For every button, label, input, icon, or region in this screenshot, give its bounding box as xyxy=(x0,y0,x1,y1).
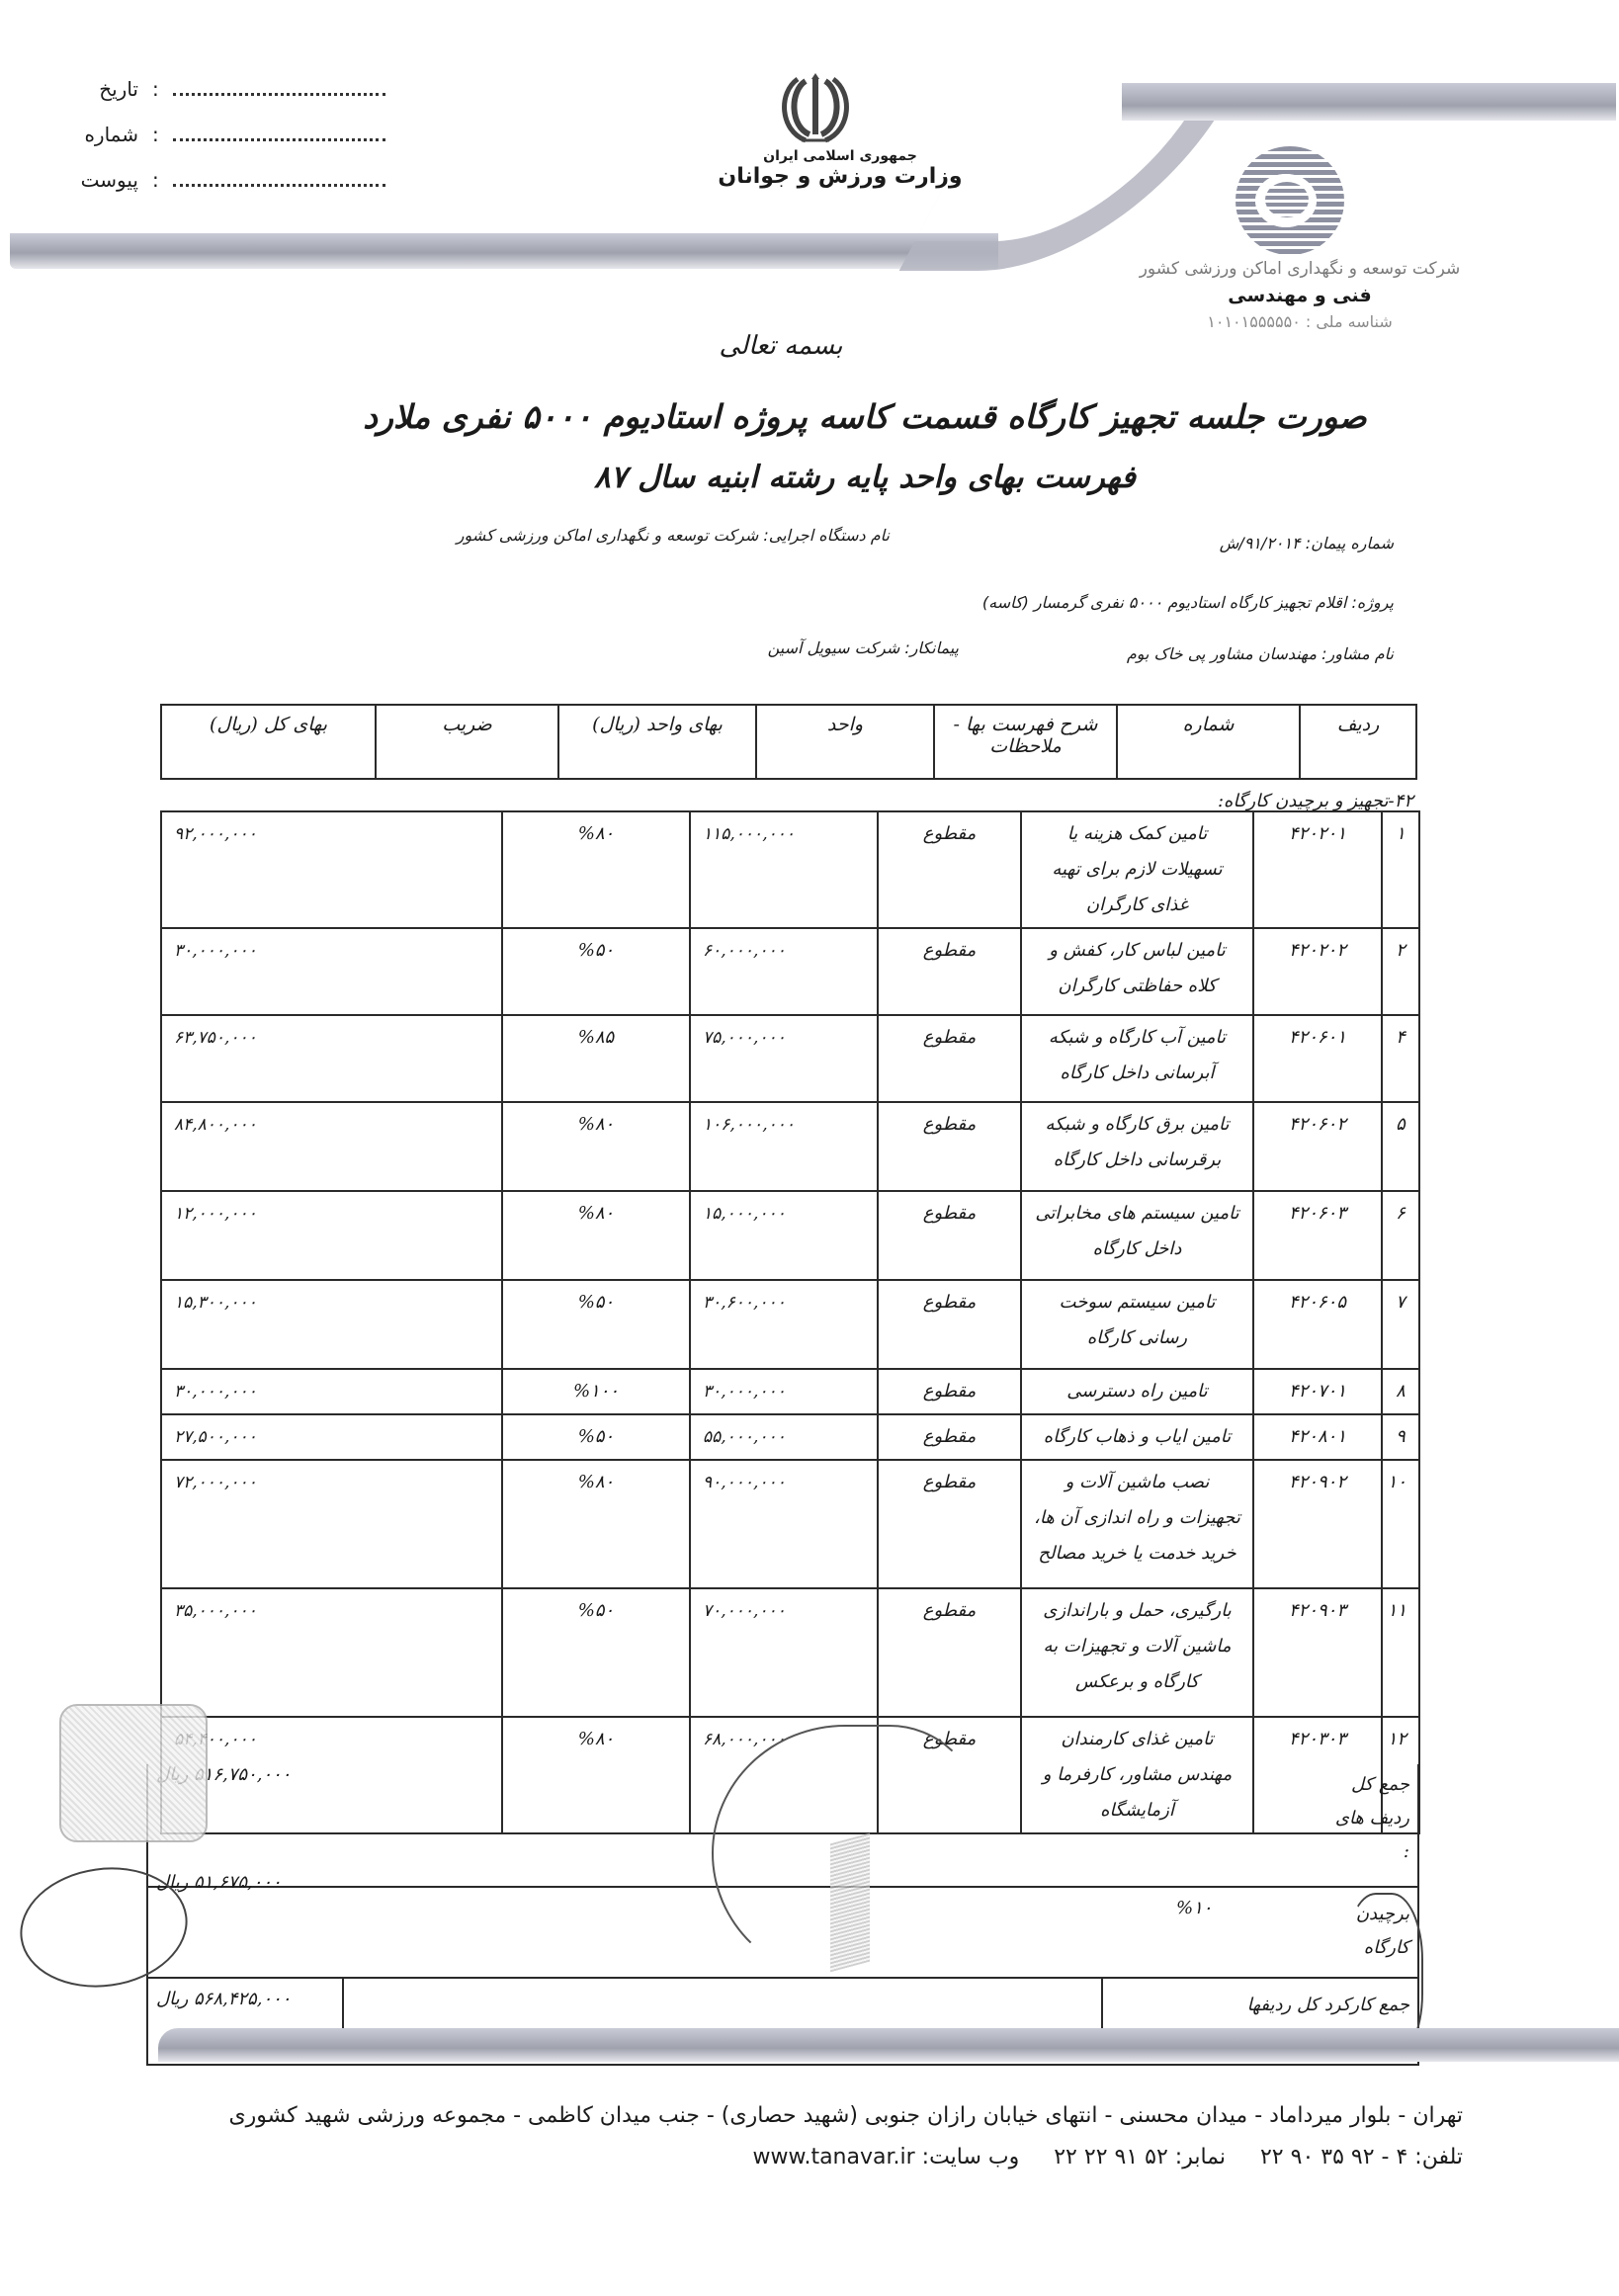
table-row: ۹۴۲۰۸۰۱تامین ایاب و ذهاب کارگاهمقطوع۵۵,۰… xyxy=(161,1414,1419,1460)
item-code: ۴۲۰۶۰۵ xyxy=(1253,1280,1382,1369)
item-code: ۴۲۰۶۰۳ xyxy=(1253,1191,1382,1280)
item-description: تامین لباس کار، کفش و کلاه حفاظتی کارگرا… xyxy=(1021,928,1253,1015)
item-description: تامین برق کارگاه و شبکه برقرسانی داخل کا… xyxy=(1021,1102,1253,1191)
iran-emblem-icon xyxy=(776,69,855,148)
footer-contact: تلفن: ۴ - ۹۲ ۳۵ ۹۰ ۲۲ نمابر: ۵۲ ۹۱ ۲۲ ۲۲… xyxy=(435,2145,1463,2169)
item-description: تامین ایاب و ذهاب کارگاه xyxy=(1021,1414,1253,1460)
row-number: ۱۰ xyxy=(1382,1460,1419,1588)
item-unit-price: ۱۰۶,۰۰۰,۰۰۰ xyxy=(690,1102,878,1191)
company-department: فنی و مهندسی xyxy=(1127,285,1473,306)
item-unit-price: ۹۰,۰۰۰,۰۰۰ xyxy=(690,1460,878,1588)
item-coefficient: %۸۰ xyxy=(502,1102,690,1191)
item-description: تامین سیستم های مخابراتی داخل کارگاه xyxy=(1021,1191,1253,1280)
item-coefficient: %۸۰ xyxy=(502,811,690,928)
signature-center xyxy=(712,1725,979,1982)
item-code: ۴۲۰۸۰۱ xyxy=(1253,1414,1382,1460)
row-number: ۲ xyxy=(1382,928,1419,1015)
item-total: ۳۵,۰۰۰,۰۰۰ xyxy=(161,1588,502,1717)
meta-attachment: پیوست : xyxy=(69,162,385,198)
row-number: ۱۱ xyxy=(1382,1588,1419,1717)
footer-address: تهران - بلوار میرداماد - میدان محسنی - ا… xyxy=(148,2103,1463,2128)
item-description: نصب ماشین آلات و تجهیزات و راه اندازی آن… xyxy=(1021,1460,1253,1588)
item-description: تامین راه دسترسی xyxy=(1021,1369,1253,1414)
header-description: شرح فهرست بها - ملاحظات xyxy=(934,705,1117,779)
table-row: ۸۴۲۰۷۰۱تامین راه دسترسیمقطوع۳۰,۰۰۰,۰۰۰%۱… xyxy=(161,1369,1419,1414)
item-coefficient: %۵۰ xyxy=(502,1280,690,1369)
row-number: ۷ xyxy=(1382,1280,1419,1369)
table-row: ۲۴۲۰۲۰۲تامین لباس کار، کفش و کلاه حفاظتی… xyxy=(161,928,1419,1015)
table-row: ۱۰۴۲۰۹۰۲نصب ماشین آلات و تجهیزات و راه ا… xyxy=(161,1460,1419,1588)
row-number: ۴ xyxy=(1382,1015,1419,1102)
project-name: پروژه: اقلام تجهیز کارگاه استادیوم ۵۰۰۰ … xyxy=(982,593,1394,612)
item-total: ۸۴,۸۰۰,۰۰۰ xyxy=(161,1102,502,1191)
meta-attachment-value xyxy=(173,173,385,187)
item-total: ۱۵,۳۰۰,۰۰۰ xyxy=(161,1280,502,1369)
table-row: ۵۴۲۰۶۰۲تامین برق کارگاه و شبکه برقرسانی … xyxy=(161,1102,1419,1191)
table-row: ۱۴۲۰۲۰۱تامین کمک هزینه یا تسهیلات لازم ب… xyxy=(161,811,1419,928)
item-unit: مقطوع xyxy=(878,1015,1021,1102)
document-subtitle: فهرست بهای واحد پایه رشته ابنیه سال ۸۷ xyxy=(297,460,1433,495)
item-unit: مقطوع xyxy=(878,1191,1021,1280)
header-unit: واحد xyxy=(756,705,934,779)
meta-date: تاریخ : xyxy=(69,71,385,107)
company-name: شرکت توسعه و نگهداری اماکن ورزشی کشور xyxy=(1127,259,1473,279)
row-number: ۶ xyxy=(1382,1191,1419,1280)
item-coefficient: %۵۰ xyxy=(502,1588,690,1717)
header-total-price: بهای کل (ریال) xyxy=(161,705,376,779)
meta-date-value xyxy=(173,82,385,96)
dismantle-percent: %۱۰ xyxy=(1176,1898,1212,1918)
contractor-name: پیمانکار: شرکت سیویل آسین xyxy=(768,638,959,657)
item-description: تامین کمک هزینه یا تسهیلات لازم برای تهی… xyxy=(1021,811,1253,928)
item-coefficient: %۵۰ xyxy=(502,928,690,1015)
items-table: ۱۴۲۰۲۰۱تامین کمک هزینه یا تسهیلات لازم ب… xyxy=(160,810,1420,1834)
item-code: ۴۲۰۹۰۳ xyxy=(1253,1588,1382,1717)
item-unit: مقطوع xyxy=(878,1414,1021,1460)
item-unit-price: ۷۵,۰۰۰,۰۰۰ xyxy=(690,1015,878,1102)
section-label: ۴۲-تجهیز و برچیدن کارگاه: xyxy=(1218,791,1413,811)
item-code: ۴۲۰۶۰۱ xyxy=(1253,1015,1382,1102)
ministry-line2: وزارت ورزش و جوانان xyxy=(692,164,988,189)
grand-total-value: ۵۶۸,۴۲۵,۰۰۰ ریال xyxy=(156,1989,291,2009)
total-rows-sum-label: جمع کل ردیف های : xyxy=(1330,1768,1409,1869)
ministry-name: جمهوری اسلامی ایران وزارت ورزش و جوانان xyxy=(692,148,988,189)
grand-total-row: جمع کارکرد کل ردیفها ۵۶۸,۴۲۵,۰۰۰ ریال xyxy=(148,1979,1417,2030)
item-unit: مقطوع xyxy=(878,928,1021,1015)
item-code: ۴۲۰۷۰۱ xyxy=(1253,1369,1382,1414)
colon: : xyxy=(152,168,159,192)
executive-body: نام دستگاه اجرایی: شرکت توسعه و نگهداری … xyxy=(457,526,890,545)
table-row: ۴۴۲۰۶۰۱تامین آب کارگاه و شبکه آبرسانی دا… xyxy=(161,1015,1419,1102)
item-unit-price: ۶۰,۰۰۰,۰۰۰ xyxy=(690,928,878,1015)
header-band-left xyxy=(10,233,998,269)
consultant-name: نام مشاور: مهندسان مشاور پی خاک بوم xyxy=(1127,644,1394,663)
item-coefficient: %۸۰ xyxy=(502,1191,690,1280)
company-logo-icon xyxy=(1236,146,1344,255)
row-number: ۵ xyxy=(1382,1102,1419,1191)
item-unit-price: ۷۰,۰۰۰,۰۰۰ xyxy=(690,1588,878,1717)
item-code: ۴۲۰۲۰۱ xyxy=(1253,811,1382,928)
dismantle-value: ۵۱,۶۷۵,۰۰۰ ریال xyxy=(156,1872,282,1893)
company-stamp xyxy=(59,1704,208,1842)
bismillah: بسمه تعالی xyxy=(633,331,929,361)
company-national-id: شناسه ملی : ۱۰۱۰۱۵۵۵۵۵۰ xyxy=(1127,312,1473,331)
item-unit: مقطوع xyxy=(878,811,1021,928)
item-code: ۴۲۰۹۰۲ xyxy=(1253,1460,1382,1588)
item-unit-price: ۱۵,۰۰۰,۰۰۰ xyxy=(690,1191,878,1280)
item-description: تامین سیستم سوخت رسانی کارگاه xyxy=(1021,1280,1253,1369)
item-description: بارگیری، حمل و باراندازی ماشین آلات و تج… xyxy=(1021,1588,1253,1717)
item-coefficient: %۸۵ xyxy=(502,1015,690,1102)
meta-number-value xyxy=(173,128,385,141)
header-row: ردیف xyxy=(1300,705,1416,779)
item-total: ۹۲,۰۰۰,۰۰۰ xyxy=(161,811,502,928)
header-code: شماره xyxy=(1117,705,1300,779)
header-coefficient: ضریب xyxy=(376,705,558,779)
document-title: صورت جلسه تجهیز کارگاه قسمت کاسه پروژه ا… xyxy=(297,397,1433,436)
item-coefficient: %۱۰۰ xyxy=(502,1369,690,1414)
item-unit-price: ۳۰,۰۰۰,۰۰۰ xyxy=(690,1369,878,1414)
item-description: تامین آب کارگاه و شبکه آبرسانی داخل کارگ… xyxy=(1021,1015,1253,1102)
row-number: ۱ xyxy=(1382,811,1419,928)
meta-attachment-label: پیوست xyxy=(69,168,138,192)
footer-phone: تلفن: ۴ - ۹۲ ۳۵ ۹۰ ۲۲ xyxy=(1260,2145,1463,2169)
item-unit: مقطوع xyxy=(878,1460,1021,1588)
meta-date-label: تاریخ xyxy=(69,77,138,101)
colon: : xyxy=(152,123,159,146)
table-row: ۷۴۲۰۶۰۵تامین سیستم سوخت رسانی کارگاهمقطو… xyxy=(161,1280,1419,1369)
item-unit: مقطوع xyxy=(878,1369,1021,1414)
item-unit: مقطوع xyxy=(878,1280,1021,1369)
contract-number: شماره پیمان: ۹۱/۲۰۱۴/ش xyxy=(1220,534,1394,553)
item-code: ۴۲۰۲۰۲ xyxy=(1253,928,1382,1015)
header-unit-price: بهای واحد (ریال) xyxy=(558,705,756,779)
footer-website-label: وب سایت: xyxy=(922,2145,1020,2169)
footer-website[interactable]: www.tanavar.ir xyxy=(752,2145,914,2169)
item-unit-price: ۳۰,۶۰۰,۰۰۰ xyxy=(690,1280,878,1369)
item-total: ۶۳,۷۵۰,۰۰۰ xyxy=(161,1015,502,1102)
item-total: ۳۰,۰۰۰,۰۰۰ xyxy=(161,1369,502,1414)
item-code: ۴۲۰۶۰۲ xyxy=(1253,1102,1382,1191)
item-total: ۲۷,۵۰۰,۰۰۰ xyxy=(161,1414,502,1460)
company-info: شرکت توسعه و نگهداری اماکن ورزشی کشور فن… xyxy=(1127,259,1473,331)
item-total: ۳۰,۰۰۰,۰۰۰ xyxy=(161,928,502,1015)
item-total: ۱۲,۰۰۰,۰۰۰ xyxy=(161,1191,502,1280)
ministry-line1: جمهوری اسلامی ایران xyxy=(692,148,988,164)
item-unit-price: ۱۱۵,۰۰۰,۰۰۰ xyxy=(690,811,878,928)
footer-fax: نمابر: ۵۲ ۹۱ ۲۲ ۲۲ xyxy=(1054,2145,1226,2169)
row-number: ۸ xyxy=(1382,1369,1419,1414)
item-coefficient: %۵۰ xyxy=(502,1414,690,1460)
item-unit: مقطوع xyxy=(878,1588,1021,1717)
table-row: ۱۱۴۲۰۹۰۳بارگیری، حمل و باراندازی ماشین آ… xyxy=(161,1588,1419,1717)
item-unit-price: ۵۵,۰۰۰,۰۰۰ xyxy=(690,1414,878,1460)
item-total: ۷۲,۰۰۰,۰۰۰ xyxy=(161,1460,502,1588)
footer-band xyxy=(158,2028,1619,2062)
colon: : xyxy=(152,77,159,101)
table-row: ۶۴۲۰۶۰۳تامین سیستم های مخابراتی داخل کار… xyxy=(161,1191,1419,1280)
header-band-right xyxy=(1122,83,1616,121)
item-unit: مقطوع xyxy=(878,1102,1021,1191)
meta-number: شماره : xyxy=(69,117,385,152)
table-header: ردیف شماره شرح فهرست بها - ملاحظات واحد … xyxy=(160,704,1417,780)
row-number: ۹ xyxy=(1382,1414,1419,1460)
item-coefficient: %۸۰ xyxy=(502,1460,690,1588)
meta-number-label: شماره xyxy=(69,123,138,146)
